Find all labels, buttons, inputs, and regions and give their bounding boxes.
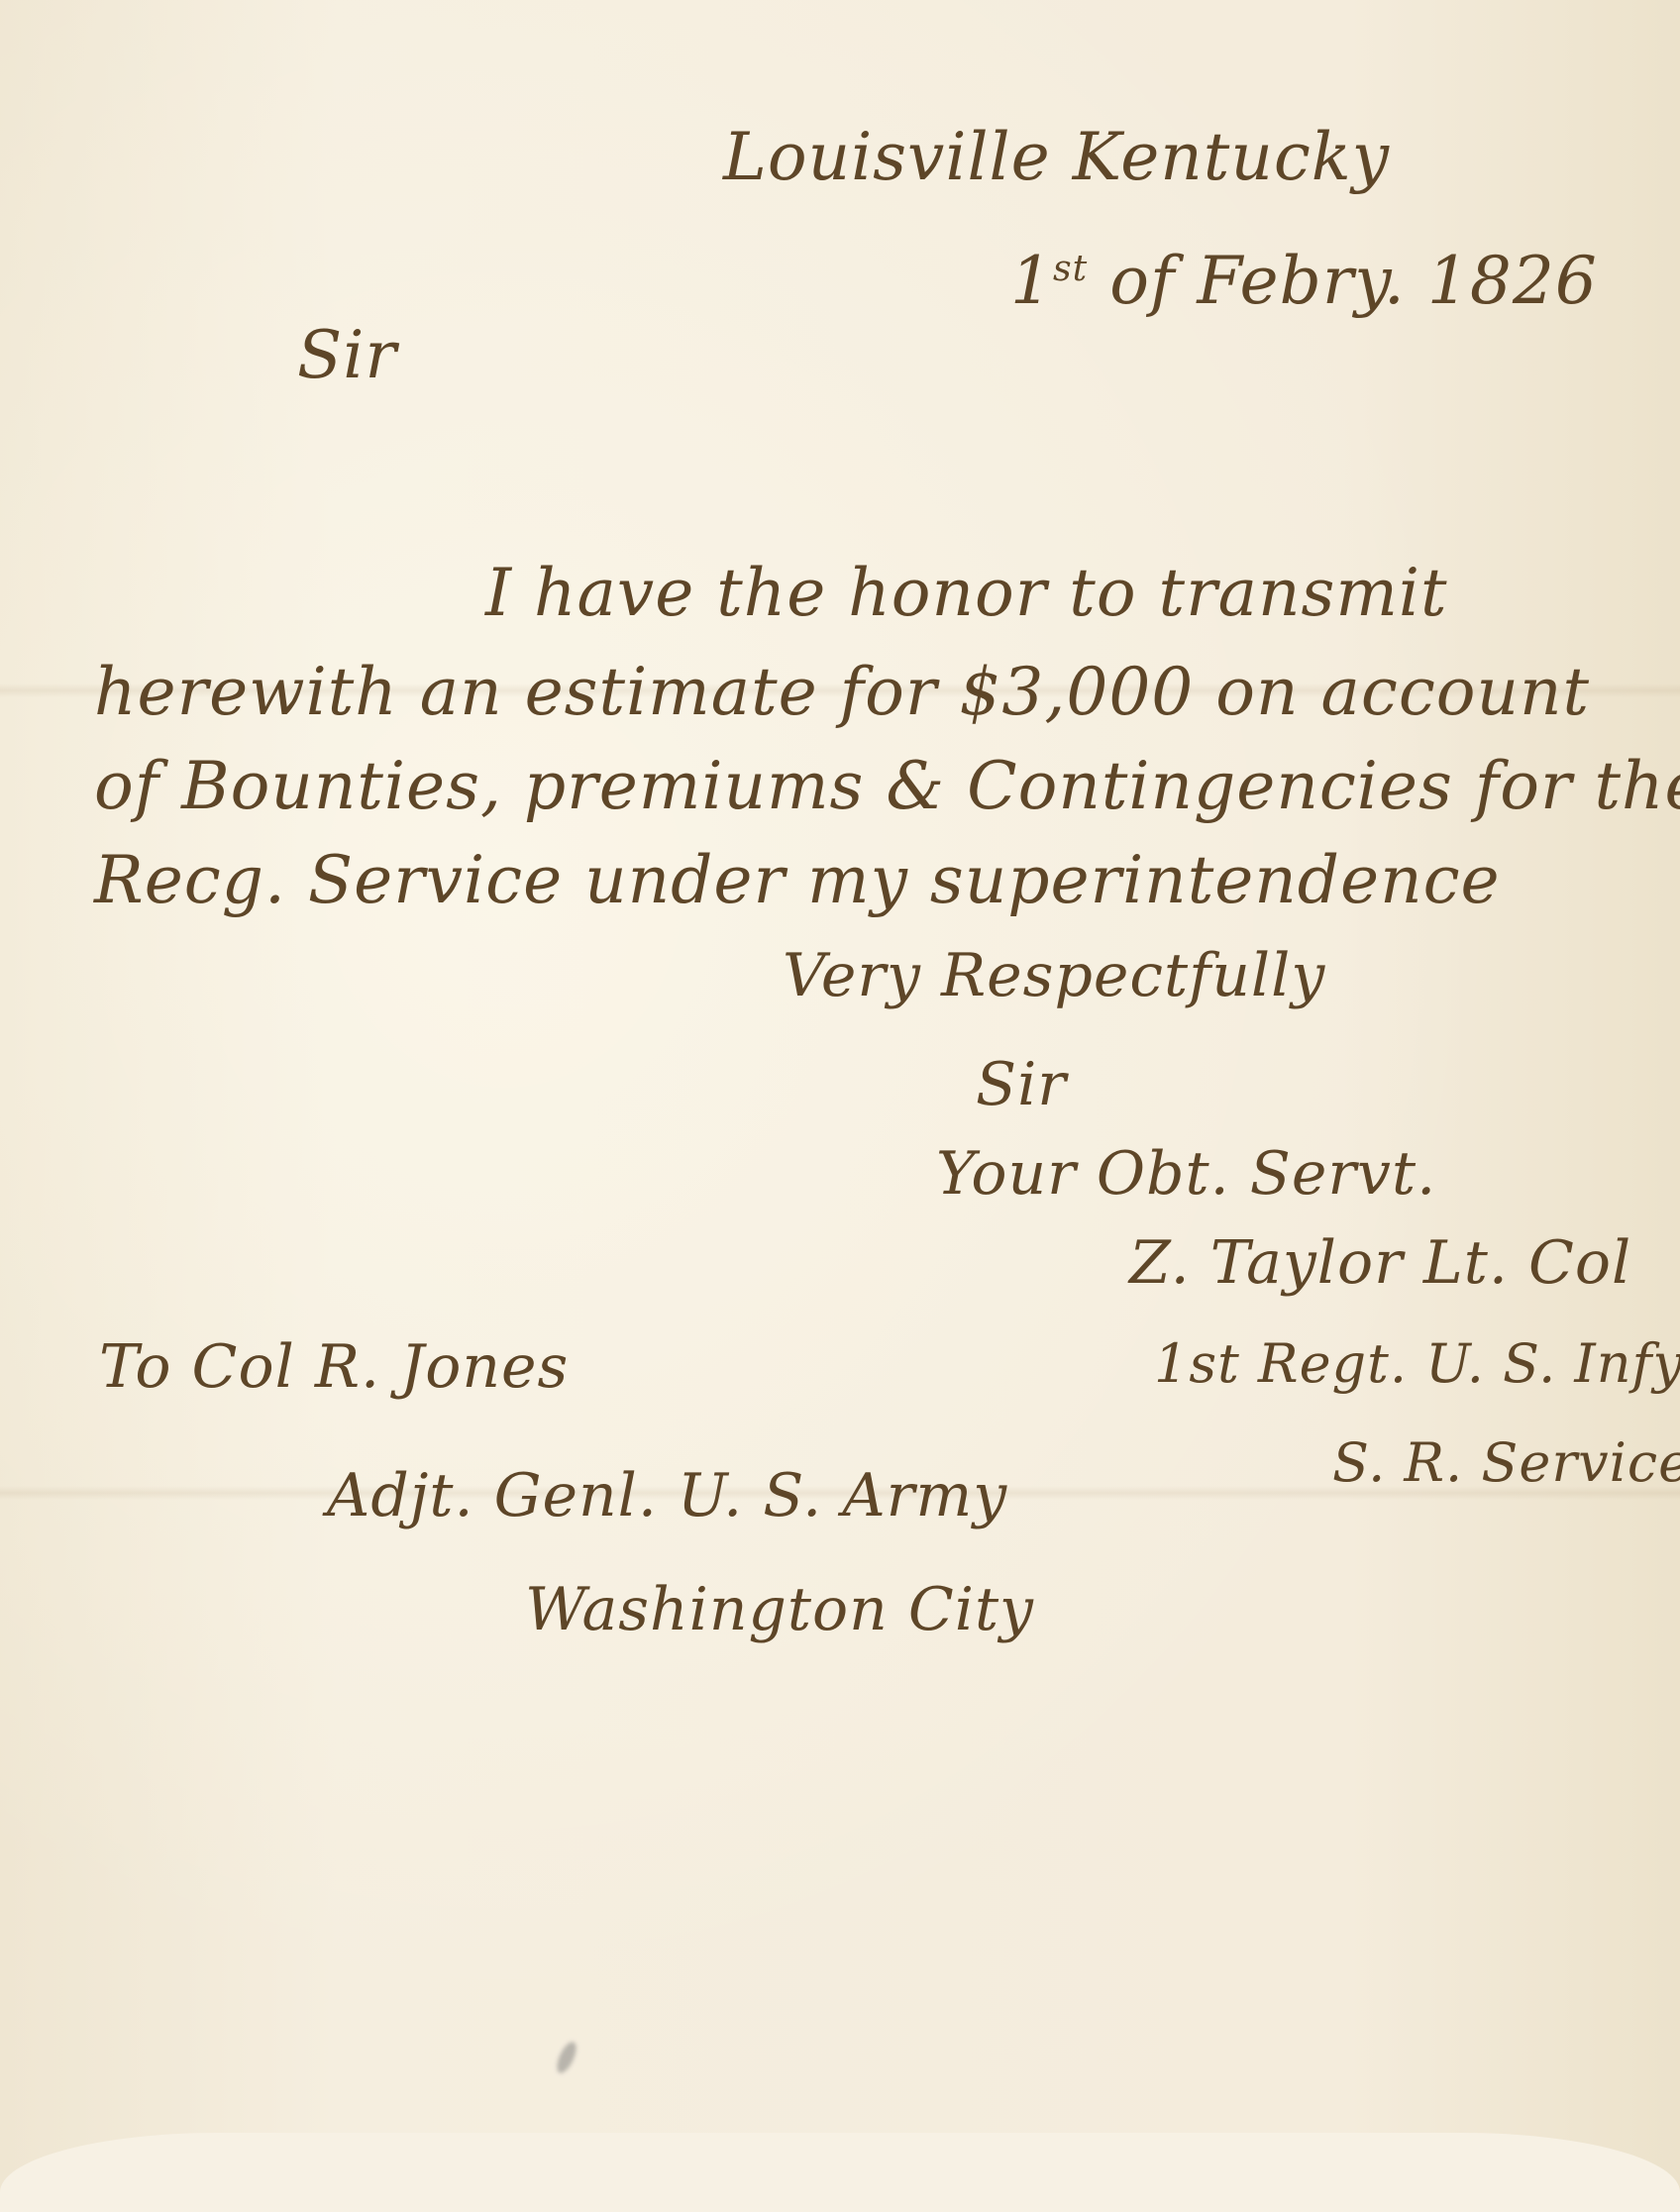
addressee-name: To Col R. Jones: [99, 1332, 569, 1402]
closing-sir: Sir: [976, 1050, 1067, 1119]
date-day-suffix: st: [1053, 247, 1088, 289]
body-line-4: Recg. Service under my superintendence: [94, 842, 1501, 918]
signature-regiment: 1st Regt. U. S. Infy: [1154, 1332, 1680, 1395]
addressee-city: Washington City: [525, 1575, 1034, 1644]
body-line-1: I have the honor to transmit: [485, 555, 1448, 631]
body-line-2: herewith an estimate for $3,000 on accou…: [94, 654, 1590, 730]
ink-smudge: [553, 2040, 579, 2076]
heading-date: 1st of Febry. 1826: [1010, 243, 1598, 319]
signature-service: S. R. Service: [1332, 1431, 1680, 1494]
mat-edge: [0, 2133, 1680, 2212]
salutation: Sir: [297, 317, 397, 393]
letter-page: Louisville Kentucky 1st of Febry. 1826 S…: [0, 0, 1680, 2212]
date-day: 1: [1010, 243, 1053, 319]
signature-name: Z. Taylor Lt. Col: [1129, 1228, 1631, 1298]
body-line-3: of Bounties, premiums & Contingencies fo…: [94, 748, 1680, 824]
heading-place: Louisville Kentucky: [723, 119, 1390, 195]
closing-obedient-servant: Your Obt. Servt.: [936, 1139, 1436, 1209]
closing-very-respectfully: Very Respectfully: [783, 941, 1325, 1010]
date-rest: of Febry. 1826: [1109, 243, 1598, 319]
addressee-title: Adjt. Genl. U. S. Army: [327, 1461, 1007, 1530]
